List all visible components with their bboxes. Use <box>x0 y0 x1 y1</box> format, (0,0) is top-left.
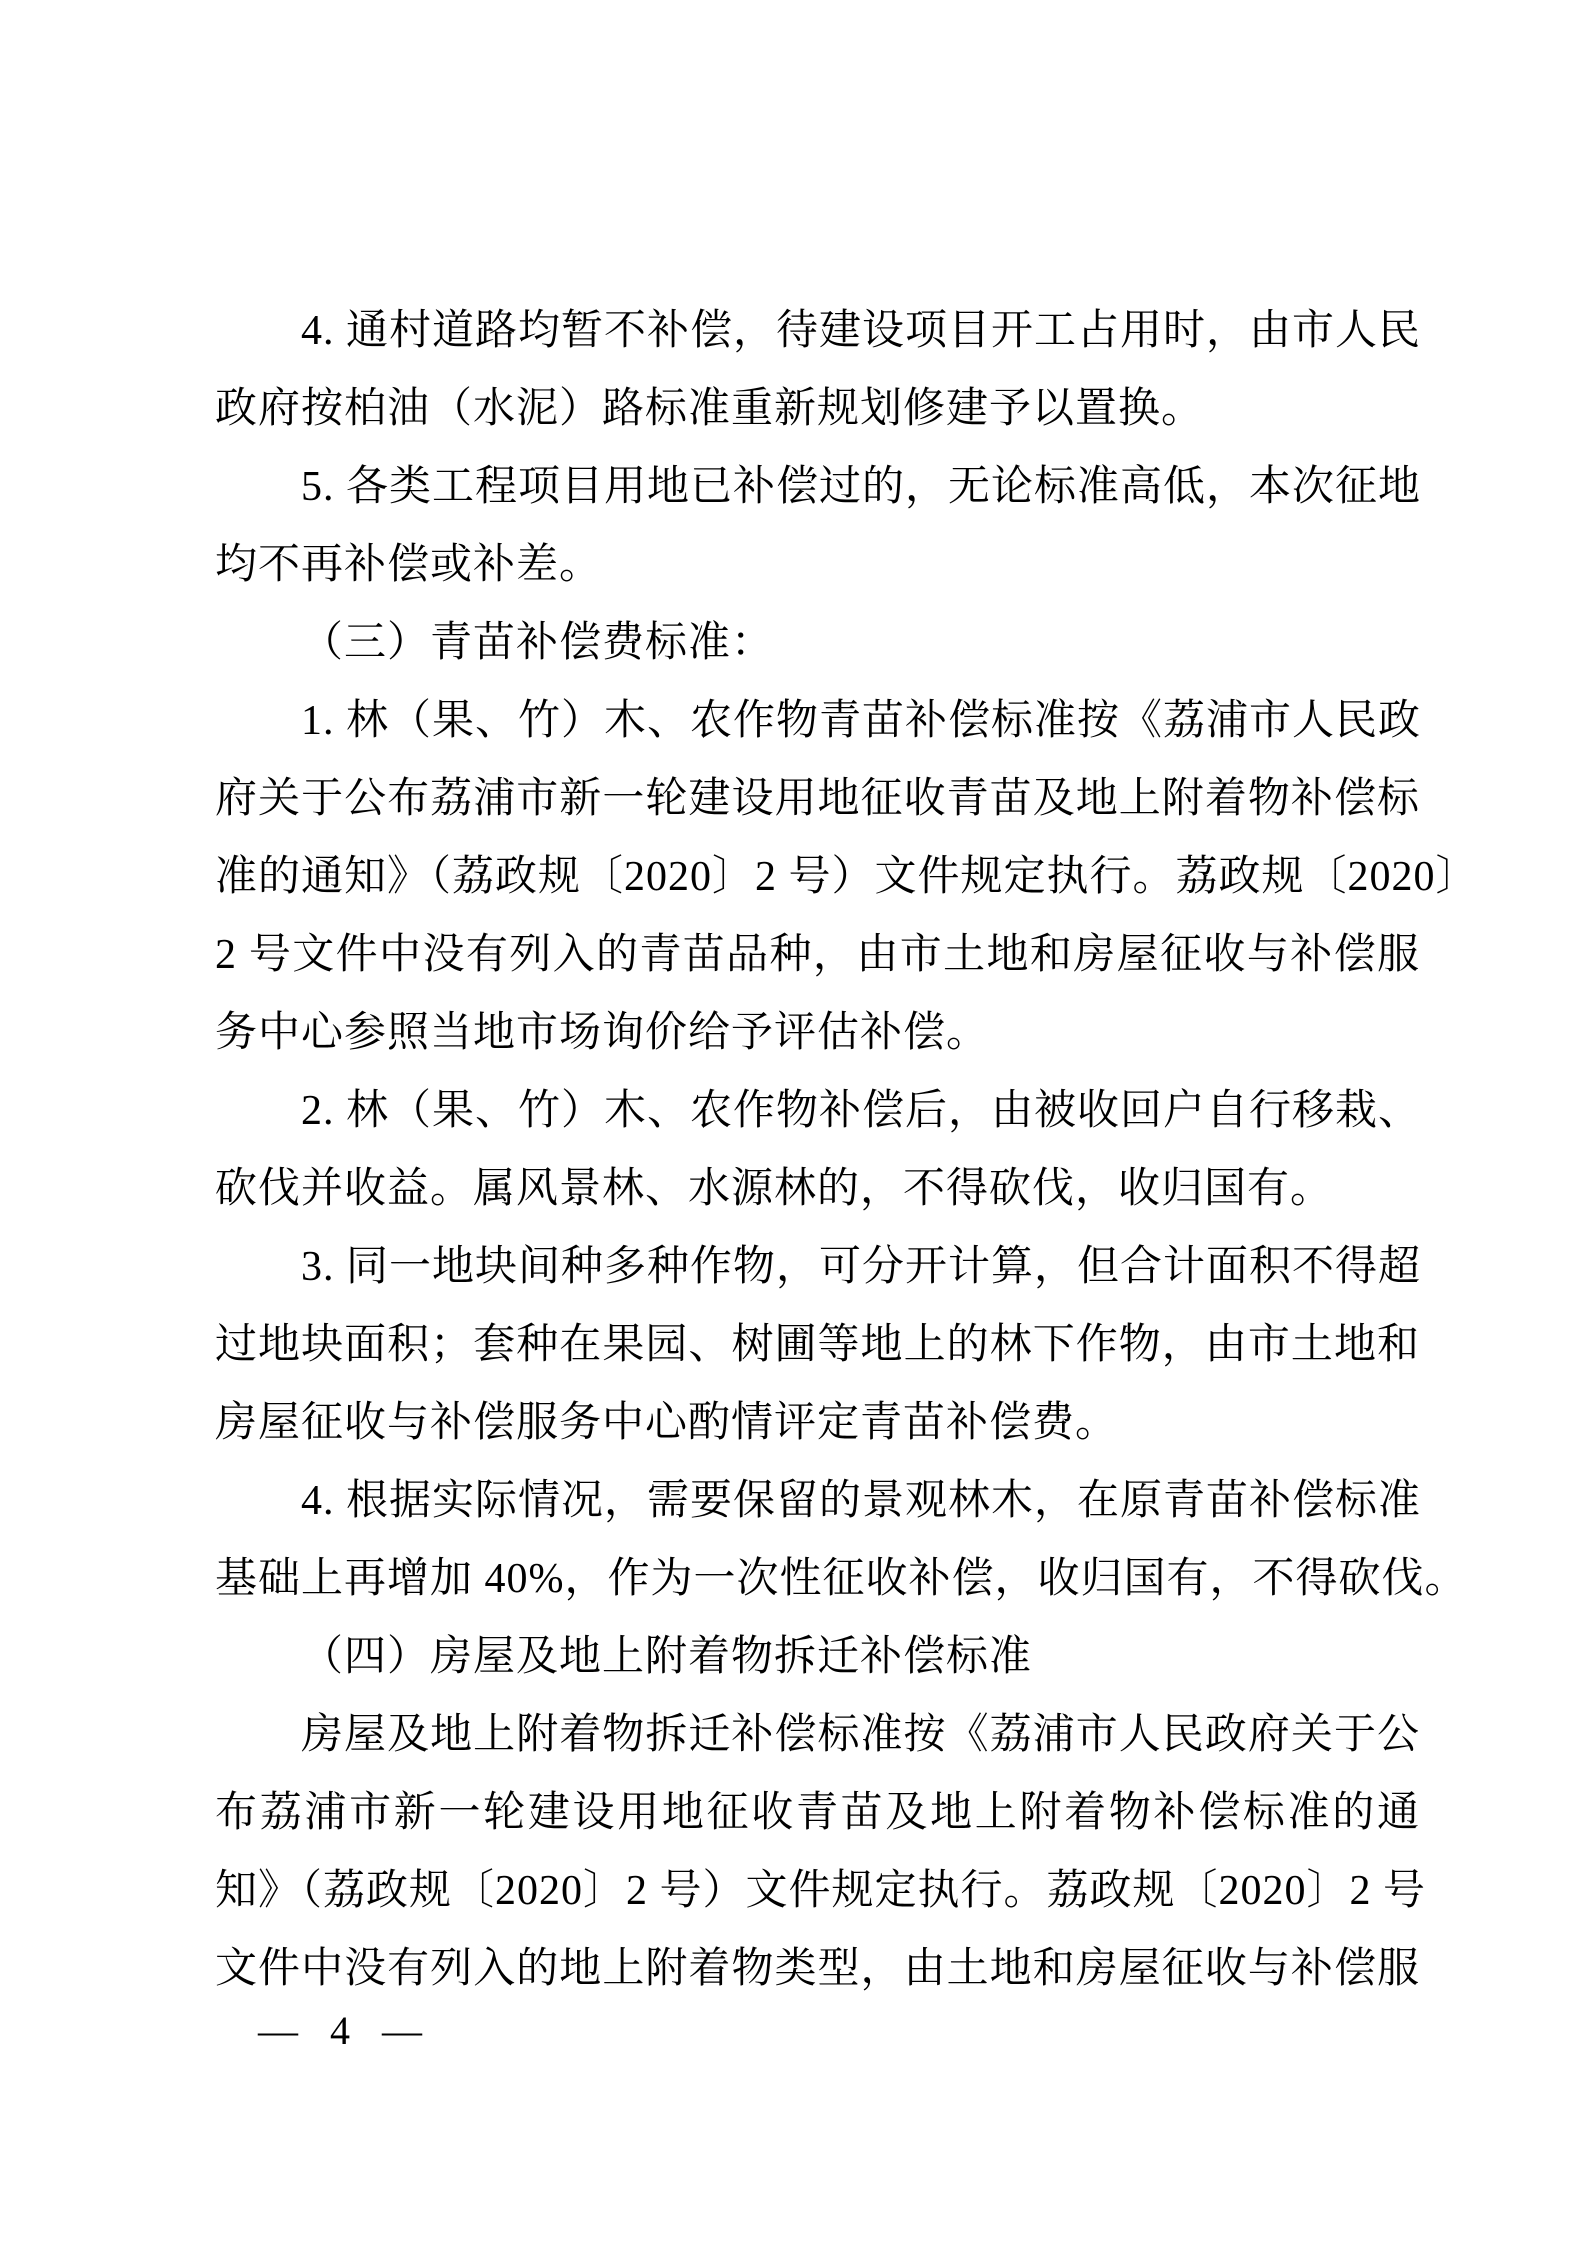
text-line: 务中心参照当地市场询价给予评估补偿。 <box>215 994 1420 1072</box>
text-line: 府关于公布荔浦市新一轮建设用地征收青苗及地上附着物补偿标 <box>215 760 1420 838</box>
text-line: 1. 林（果、竹）木、农作物青苗补偿标准按《荔浦市人民政 <box>215 682 1420 760</box>
text-line: 基础上再增加 40%，作为一次性征收补偿，收归国有，不得砍伐。 <box>215 1540 1420 1618</box>
text-line: 房屋及地上附着物拆迁补偿标准按《荔浦市人民政府关于公 <box>215 1696 1420 1774</box>
text-line: 准的通知》（荔政规〔2020〕2 号）文件规定执行。荔政规〔2020〕 <box>215 838 1420 916</box>
text-line: 房屋征收与补偿服务中心酌情评定青苗补偿费。 <box>215 1384 1420 1462</box>
text-line: 政府按柏油（水泥）路标准重新规划修建予以置换。 <box>215 370 1420 448</box>
text-line: 4. 根据实际情况，需要保留的景观林木，在原青苗补偿标准 <box>215 1462 1420 1540</box>
text-line: 4. 通村道路均暂不补偿，待建设项目开工占用时，由市人民 <box>215 292 1420 370</box>
text-line: 2. 林（果、竹）木、农作物补偿后，由被收回户自行移栽、 <box>215 1072 1420 1150</box>
section-heading-line: （四）房屋及地上附着物拆迁补偿标准 <box>215 1618 1420 1696</box>
text-line: 知》（荔政规〔2020〕2 号）文件规定执行。荔政规〔2020〕2 号 <box>215 1852 1420 1930</box>
text-line: 过地块面积；套种在果园、树圃等地上的林下作物，由市土地和 <box>215 1306 1420 1384</box>
text-line: 5. 各类工程项目用地已补偿过的，无论标准高低，本次征地 <box>215 448 1420 526</box>
document-page: 4. 通村道路均暂不补偿，待建设项目开工占用时，由市人民政府按柏油（水泥）路标准… <box>0 0 1587 2245</box>
text-line: 布荔浦市新一轮建设用地征收青苗及地上附着物补偿标准的通 <box>215 1774 1420 1852</box>
text-line: 文件中没有列入的地上附着物类型，由土地和房屋征收与补偿服 <box>215 1930 1420 2008</box>
page-number: — 4 — <box>258 2002 422 2060</box>
document-body: 4. 通村道路均暂不补偿，待建设项目开工占用时，由市人民政府按柏油（水泥）路标准… <box>215 292 1420 2008</box>
text-line: 砍伐并收益。属风景林、水源林的，不得砍伐，收归国有。 <box>215 1150 1420 1228</box>
text-line: 均不再补偿或补差。 <box>215 526 1420 604</box>
text-line: 2 号文件中没有列入的青苗品种，由市土地和房屋征收与补偿服 <box>215 916 1420 994</box>
section-heading-line: （三）青苗补偿费标准： <box>215 604 1420 682</box>
text-line: 3. 同一地块间种多种作物，可分开计算，但合计面积不得超 <box>215 1228 1420 1306</box>
